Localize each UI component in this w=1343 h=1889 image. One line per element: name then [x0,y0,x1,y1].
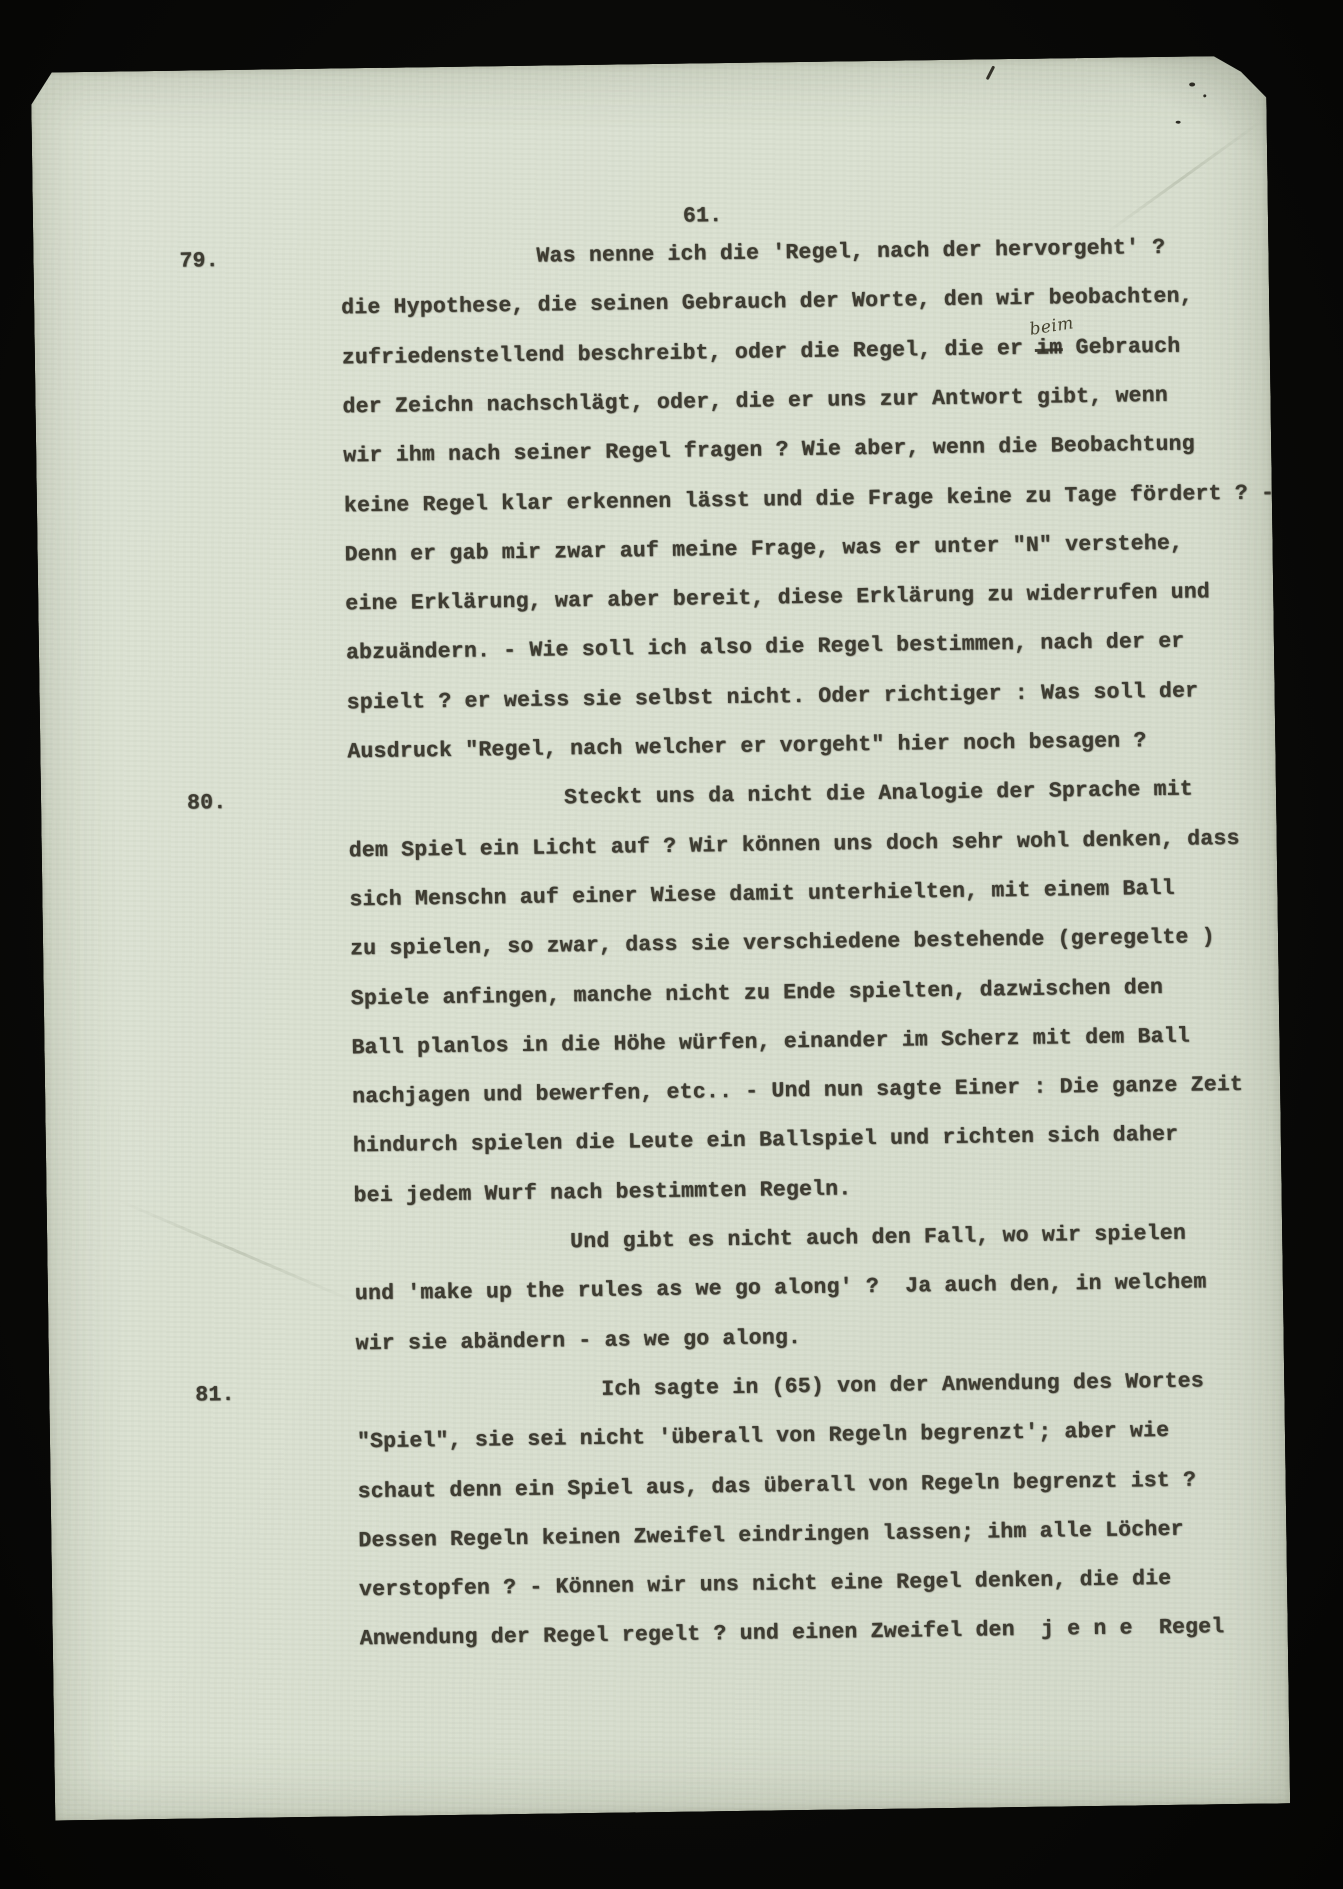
typed-line: spielt ? er weiss sie selbst nicht. Oder… [347,678,1199,717]
ink-speck [1176,121,1181,124]
ink-speck [1203,94,1206,97]
typed-line: wir sie abändern - as we go along. [355,1325,801,1358]
typed-line: sich Menschn auf einer Wiese damit unter… [349,876,1175,915]
typed-line: Ausdruck "Regel, nach welcher er vorgeht… [347,728,1147,766]
typed-line: dem Spiel ein Licht auf ? Wir können uns… [349,825,1240,864]
typed-line: schaut denn ein Spiel aus, das überall v… [358,1467,1197,1506]
ink-speck [1189,82,1195,86]
pen-mark [986,65,996,80]
typed-line: abzuändern. - Wie soll ich also die Rege… [346,629,1185,668]
handwritten-insertion: beim [1028,310,1076,343]
typed-correction: imbeim [1036,335,1063,362]
typed-line: Was nenne ich die 'Regel, nach der hervo… [536,235,1165,271]
paper-crease [117,1199,357,1304]
page-number: 61. [683,203,723,231]
typed-line: wir ihm nach seiner Regel fragen ? Wie a… [343,432,1195,471]
typescript-page: 61. 79.Was nenne ich die 'Regel, nach de… [31,55,1290,1820]
typed-line: Ich sagte in (65) von der Anwendung des … [601,1368,1204,1403]
typed-line: keine Regel klar erkennen lässt und die … [344,480,1275,520]
typed-line: Ball planlos in die Höhe würfen, einande… [351,1023,1190,1062]
typed-line: Dessen Regeln keinen Zweifel eindringen … [358,1517,1184,1556]
section-number: 79. [179,248,219,276]
section-number: 80. [187,790,227,818]
typed-line: "Spiel", sie sei nicht 'überall von Rege… [357,1418,1170,1456]
typed-line: zufriedenstellend beschreibt, oder die R… [342,333,1181,372]
typed-line: Spiele anfingen, manche nicht zu Ende sp… [351,974,1164,1012]
section-number: 81. [195,1382,235,1410]
scanned-document-photo: 61. 79.Was nenne ich die 'Regel, nach de… [0,0,1343,1889]
typed-line: verstopfen ? - Können wir uns nicht eine… [359,1566,1172,1604]
typed-line: Anwendung der Regel regelt ? und einen Z… [360,1615,1225,1654]
typed-line: der Zeichn nachschlägt, oder, die er uns… [342,383,1168,422]
typed-line: Denn er gab mir zwar auf meine Frage, wa… [344,530,1183,569]
typed-line: Steckt uns da nicht die Analogie der Spr… [564,777,1193,813]
typed-line: nachjagen und bewerfen, etc.. - Und nun … [352,1072,1243,1111]
typed-line: hindurch spielen die Leute ein Ballspiel… [353,1122,1179,1161]
paper-crease [1100,118,1264,237]
typed-line: zu spielen, so zwar, dass sie verschiede… [350,924,1215,963]
typed-line: bei jedem Wurf nach bestimmten Regeln. [353,1176,851,1210]
typed-line: und 'make up the rules as we go along' ?… [355,1270,1207,1309]
typed-line: Und gibt es nicht auch den Fall, wo wir … [570,1221,1186,1257]
typed-line: eine Erklärung, war aber bereit, diese E… [345,579,1210,618]
